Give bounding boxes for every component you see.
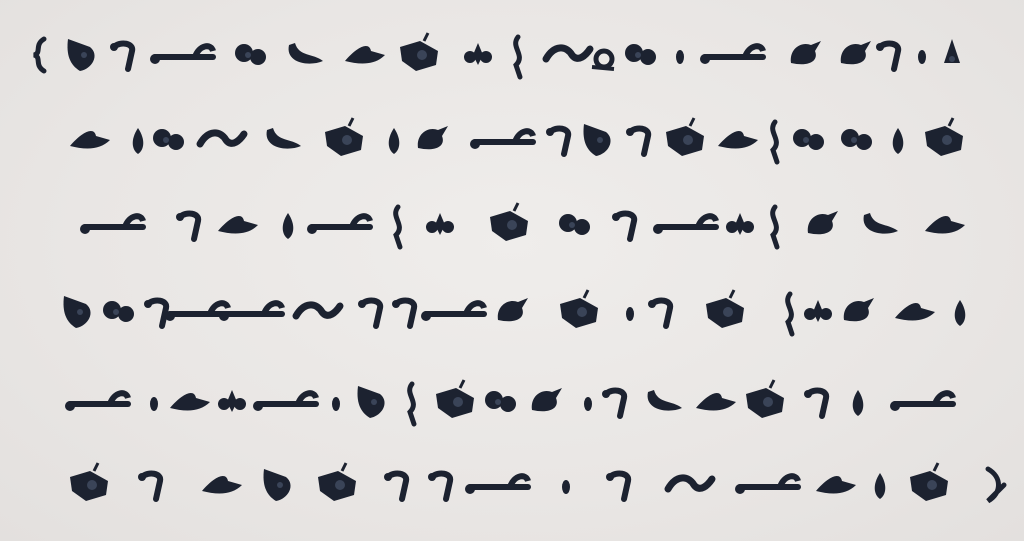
glyph-blob bbox=[358, 386, 385, 418]
glyph-cluster bbox=[560, 290, 598, 328]
glyph-bird bbox=[841, 41, 871, 64]
glyph-hook bbox=[144, 300, 166, 326]
glyph-fleur bbox=[804, 300, 832, 322]
glyph-fleur bbox=[726, 213, 754, 235]
glyph-knot bbox=[841, 129, 872, 150]
glyph-dot bbox=[150, 397, 158, 411]
glyph-cluster bbox=[318, 463, 356, 501]
glyph-bar bbox=[421, 303, 484, 321]
glyph-bar bbox=[465, 476, 528, 494]
glyph-knot bbox=[485, 391, 516, 412]
glyph-row-5 bbox=[65, 380, 953, 424]
glyph-loop bbox=[592, 51, 614, 69]
glyph-row-3 bbox=[80, 203, 965, 247]
glyph-bar bbox=[653, 216, 716, 234]
glyph-wave bbox=[296, 305, 340, 316]
glyph-drop bbox=[133, 128, 144, 154]
glyph-blob bbox=[264, 469, 291, 501]
glyph-cluster bbox=[325, 118, 363, 156]
glyph-drop bbox=[283, 213, 294, 239]
glyph-wing bbox=[345, 46, 385, 63]
glyph-hook bbox=[384, 473, 406, 499]
glyph-bird bbox=[844, 298, 874, 321]
glyph-hook bbox=[626, 128, 648, 154]
glyph-cluster bbox=[70, 463, 108, 501]
glyph-fleur bbox=[426, 213, 454, 235]
glyph-cluster bbox=[400, 33, 438, 71]
glyph-swirl bbox=[864, 213, 898, 234]
glyph-bar bbox=[700, 46, 763, 64]
glyph-bird bbox=[808, 211, 838, 234]
glyph-wing bbox=[70, 131, 110, 148]
glyph-spike bbox=[944, 39, 960, 63]
glyph-drop bbox=[389, 128, 400, 154]
glyph-blob bbox=[64, 296, 91, 328]
glyph-cluster bbox=[490, 203, 528, 241]
gallery-wall bbox=[0, 0, 1024, 541]
glyph-bar bbox=[65, 393, 128, 411]
glyph-bracket-close bbox=[988, 469, 1004, 501]
glyph-row-6 bbox=[70, 463, 1004, 501]
glyph-bird bbox=[791, 41, 821, 64]
glyph-hook bbox=[176, 213, 198, 239]
glyph-tall bbox=[410, 384, 414, 424]
glyph-wave bbox=[200, 133, 244, 144]
glyph-hook bbox=[392, 300, 414, 326]
glyph-wing bbox=[202, 476, 242, 493]
glyph-hook bbox=[648, 300, 670, 326]
glyph-cluster bbox=[436, 380, 474, 418]
glyph-wing bbox=[170, 393, 210, 410]
glyph-dot bbox=[676, 50, 684, 64]
glyph-bar bbox=[165, 303, 228, 321]
glyph-hook bbox=[612, 213, 634, 239]
glyph-dot bbox=[332, 397, 340, 411]
glyph-fleur bbox=[218, 390, 246, 412]
glyph-bar bbox=[150, 46, 213, 64]
glyph-dot bbox=[626, 307, 634, 321]
glyph-bar bbox=[307, 216, 370, 234]
glyph-knot bbox=[559, 214, 590, 235]
sculpted-glyph-rows bbox=[0, 0, 1024, 541]
glyph-fleur bbox=[464, 43, 492, 65]
glyph-drop bbox=[955, 300, 966, 326]
glyph-hook bbox=[876, 43, 898, 69]
glyph-tall bbox=[516, 37, 520, 77]
glyph-wing bbox=[718, 131, 758, 148]
glyph-wave bbox=[546, 48, 590, 59]
glyph-bracket bbox=[34, 39, 44, 71]
glyph-hook bbox=[546, 128, 568, 154]
glyph-hook bbox=[110, 43, 132, 69]
glyph-knot bbox=[153, 129, 184, 150]
glyph-swirl bbox=[267, 128, 301, 149]
glyph-drop bbox=[853, 390, 864, 416]
glyph-hook bbox=[606, 473, 628, 499]
glyph-wing bbox=[895, 303, 935, 320]
glyph-cluster bbox=[925, 118, 963, 156]
glyph-row-1 bbox=[34, 33, 960, 77]
glyph-hook bbox=[138, 473, 160, 499]
glyph-hook bbox=[358, 300, 380, 326]
glyph-bird bbox=[498, 298, 528, 321]
glyph-bird bbox=[532, 388, 562, 411]
glyph-wave bbox=[668, 478, 712, 489]
glyph-dot bbox=[562, 480, 570, 494]
glyph-hook bbox=[804, 390, 826, 416]
glyph-cluster bbox=[666, 118, 704, 156]
glyph-wing bbox=[816, 476, 856, 493]
glyph-cluster bbox=[910, 463, 948, 501]
glyph-tall bbox=[773, 207, 777, 247]
glyph-drop bbox=[875, 473, 886, 499]
glyph-cluster bbox=[706, 290, 744, 328]
glyph-knot bbox=[793, 129, 824, 150]
glyph-drop bbox=[893, 128, 904, 154]
glyph-tall bbox=[396, 207, 400, 247]
glyph-bar bbox=[890, 393, 953, 411]
glyph-knot bbox=[625, 44, 656, 65]
glyph-row-4 bbox=[64, 290, 966, 334]
glyph-knot bbox=[235, 44, 266, 65]
glyph-wing bbox=[696, 393, 736, 410]
glyph-swirl bbox=[648, 390, 682, 411]
glyph-cluster bbox=[746, 380, 784, 418]
glyph-tall bbox=[773, 122, 777, 162]
glyph-row-2 bbox=[70, 118, 963, 162]
glyph-hook bbox=[602, 390, 624, 416]
glyph-swirl bbox=[289, 43, 323, 64]
glyph-wing bbox=[925, 216, 965, 233]
glyph-bar bbox=[735, 476, 798, 494]
glyph-wing bbox=[218, 216, 258, 233]
glyph-dot bbox=[918, 50, 926, 64]
glyph-bar bbox=[470, 131, 533, 149]
glyph-knot bbox=[103, 301, 134, 322]
glyph-blob bbox=[584, 124, 611, 156]
glyph-bar bbox=[253, 393, 316, 411]
glyph-dot bbox=[584, 397, 592, 411]
glyph-tall bbox=[788, 294, 792, 334]
glyph-bar bbox=[80, 216, 143, 234]
glyph-bird bbox=[418, 126, 448, 149]
glyph-hook bbox=[428, 473, 450, 499]
glyph-blob bbox=[68, 39, 95, 71]
